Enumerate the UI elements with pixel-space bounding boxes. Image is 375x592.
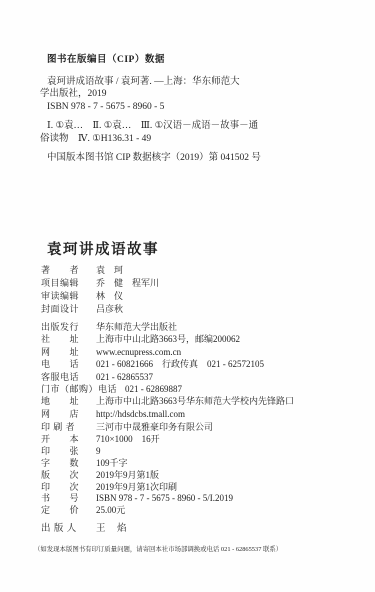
credit-row-project-editor: 项目编辑 乔 健 程军川 xyxy=(41,277,355,290)
printing-value: 710×1000 16开 xyxy=(96,434,160,446)
printing-block: 印 刷 者 三河市中晟雅豪印务有限公司 开 本 710×1000 16开 印 张… xyxy=(41,422,355,517)
printing-row-printer: 印 刷 者 三河市中晟雅豪印务有限公司 xyxy=(41,422,355,434)
book-title: 袁珂讲成语故事 xyxy=(47,238,159,259)
printing-row-book-number: 书 号 ISBN 978 - 7 - 5675 - 8960 - 5/I.201… xyxy=(41,493,355,505)
publisher-value: 华东师范大学出版社 xyxy=(96,321,177,333)
credit-value: 林 仪 xyxy=(96,290,123,303)
spacer xyxy=(40,113,347,120)
credit-row-author: 著 者 袁 珂 xyxy=(41,264,355,277)
publisher-value: http://hdsdcbs.tmall.com xyxy=(96,408,185,420)
publisher-person-label: 出 版 人 xyxy=(41,523,96,535)
publisher-value: 上海市中山北路3663号，邮编200062 xyxy=(96,333,240,345)
publisher-row-publisher: 出版发行 华东师范大学出版社 xyxy=(41,321,355,333)
printing-row-price: 定 价 25.00元 xyxy=(41,505,355,517)
credit-value: 袁 珂 xyxy=(96,264,123,277)
printing-label: 印 张 xyxy=(41,446,96,458)
publisher-block: 出版发行 华东师范大学出版社 社 址 上海市中山北路3663号，邮编200062… xyxy=(41,321,355,420)
printing-label: 字 数 xyxy=(41,458,96,470)
printing-value: 9 xyxy=(96,446,101,458)
publisher-row-service-phone: 客服电话 021 - 62865537 xyxy=(41,371,355,383)
printing-label: 开 本 xyxy=(41,434,96,446)
publisher-row-website: 网 址 www.ecnupress.com.cn xyxy=(41,346,355,358)
publisher-person-value: 王 焰 xyxy=(96,523,128,535)
printing-row-edition: 版 次 2019年9月第1版 xyxy=(41,470,355,482)
printing-row-impression: 印 次 2019年9月第1次印刷 xyxy=(41,482,355,494)
printing-label: 书 号 xyxy=(41,493,96,505)
cip-classification-line: Ⅰ. ①袁… Ⅱ. ①袁… Ⅲ. ①汉语－成语－故事－通 xyxy=(40,120,347,133)
publisher-label: 门市（邮购）电话 xyxy=(41,383,117,395)
printing-label: 印 刷 者 xyxy=(41,422,96,434)
cip-block: 图书在版编目（CIP）数据 袁珂讲成语故事 / 袁珂著. —上海：华东师范大 学… xyxy=(40,54,347,165)
printing-row-format: 开 本 710×1000 16开 xyxy=(41,434,355,446)
printing-value: 109千字 xyxy=(96,458,128,470)
credit-value: 乔 健 程军川 xyxy=(96,277,159,290)
printing-value: 2019年9月第1版 xyxy=(96,470,159,482)
publisher-label: 网 店 xyxy=(41,408,96,420)
spacer xyxy=(40,145,347,152)
publisher-label: 社 址 xyxy=(41,333,96,345)
cip-isbn: ISBN 978 - 7 - 5675 - 8960 - 5 xyxy=(40,101,347,114)
printing-value: ISBN 978 - 7 - 5675 - 8960 - 5/I.2019 xyxy=(96,493,233,505)
publisher-label: 客服电话 xyxy=(41,371,96,383)
printing-row-sheets: 印 张 9 xyxy=(41,446,355,458)
cip-header: 图书在版编目（CIP）数据 xyxy=(40,54,347,67)
publisher-row-online-store: 网 店 http://hdsdcbs.tmall.com xyxy=(41,408,355,420)
credit-row-cover-design: 封面设计 吕彦秋 xyxy=(41,303,355,316)
publisher-value: 021 - 60821666 行政传真 021 - 62572105 xyxy=(96,358,264,370)
credit-value: 吕彦秋 xyxy=(96,303,123,316)
cip-title-line: 袁珂讲成语故事 / 袁珂著. —上海：华东师范大 xyxy=(40,76,347,89)
printing-label: 版 次 xyxy=(41,470,96,482)
credit-row-review-editor: 审读编辑 林 仪 xyxy=(41,290,355,303)
printing-row-word-count: 字 数 109千字 xyxy=(41,458,355,470)
publisher-label: 电 话 xyxy=(41,358,96,370)
publisher-row-phone: 电 话 021 - 60821666 行政传真 021 - 62572105 xyxy=(41,358,355,370)
copyright-page: 图书在版编目（CIP）数据 袁珂讲成语故事 / 袁珂著. —上海：华东师范大 学… xyxy=(0,0,375,592)
credit-label: 项目编辑 xyxy=(41,277,96,290)
credit-label: 著 者 xyxy=(41,264,96,277)
publisher-label: 地 址 xyxy=(41,395,96,407)
publisher-value: 021 - 62869887 xyxy=(125,383,182,395)
printing-value: 三河市中晟雅豪印务有限公司 xyxy=(96,422,213,434)
quality-footnote: （如发现本版图书有印订质量问题，请寄回本社市场部调换或电话 021 - 6286… xyxy=(34,546,355,554)
cip-classification-line-2: 俗读物 Ⅳ. ①H136.31 - 49 xyxy=(40,133,347,146)
cip-title-line-2: 学出版社，2019 xyxy=(40,88,347,101)
publisher-person-row: 出 版 人 王 焰 xyxy=(41,523,128,535)
publisher-label: 网 址 xyxy=(41,346,96,358)
publisher-value: 上海市中山北路3663号华东师范大学校内先锋路口 xyxy=(96,395,294,407)
publisher-label: 出版发行 xyxy=(41,321,96,333)
printing-value: 25.00元 xyxy=(96,505,125,517)
printing-label: 印 次 xyxy=(41,482,96,494)
publisher-value: 021 - 62865537 xyxy=(96,371,153,383)
printing-label: 定 价 xyxy=(41,505,96,517)
cip-record-number: 中国版本图书馆 CIP 数据核字（2019）第 041502 号 xyxy=(40,152,347,165)
printing-value: 2019年9月第1次印刷 xyxy=(96,482,177,494)
publisher-row-street-address: 地 址 上海市中山北路3663号华东师范大学校内先锋路口 xyxy=(41,395,355,407)
publisher-row-store-phone: 门市（邮购）电话 021 - 62869887 xyxy=(41,383,355,395)
credits-block: 著 者 袁 珂 项目编辑 乔 健 程军川 审读编辑 林 仪 封面设计 吕彦秋 xyxy=(41,264,355,316)
credit-label: 封面设计 xyxy=(41,303,96,316)
publisher-row-address: 社 址 上海市中山北路3663号，邮编200062 xyxy=(41,333,355,345)
publisher-value: www.ecnupress.com.cn xyxy=(96,346,181,358)
credit-label: 审读编辑 xyxy=(41,290,96,303)
